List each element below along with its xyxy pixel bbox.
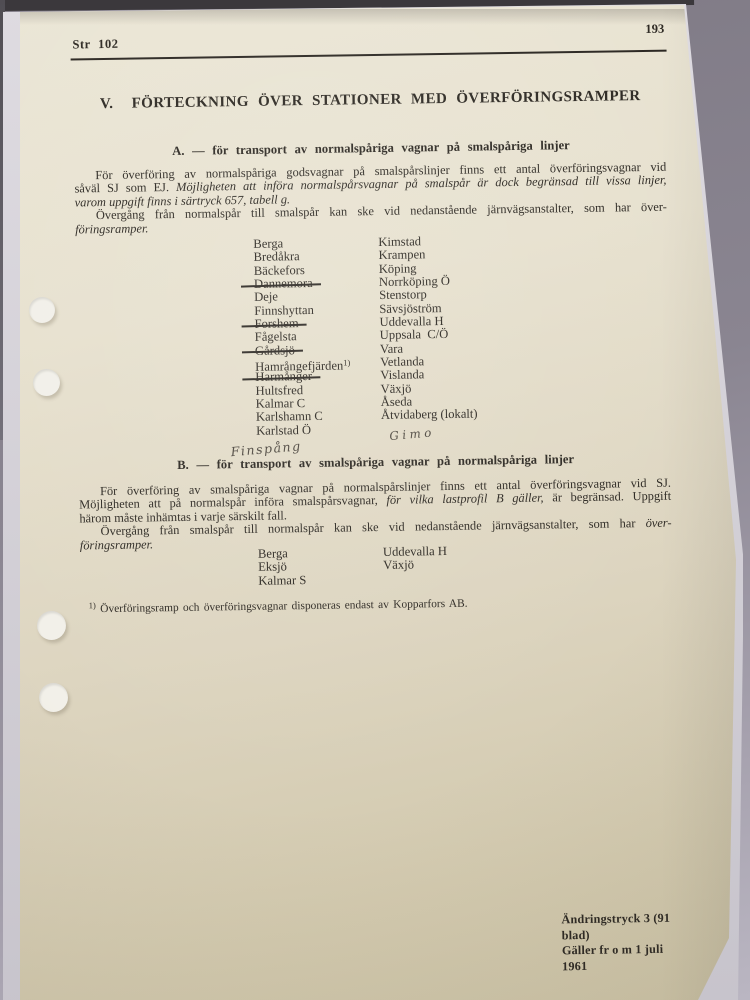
photo-background: Str 102 193 V. FÖRTECKNING ÖVER STATIONE… <box>0 0 750 1000</box>
imprint: Ändringstryck 3 (91 blad) Gäller fr o m … <box>561 911 680 975</box>
page-number: 193 <box>645 22 664 37</box>
section-b-paragraphs: För överföring av smalspåriga vagnar på … <box>79 477 672 553</box>
station-column-right: Kimstad Krampen Köping Norrköping Ö Sten… <box>378 233 606 436</box>
footnote-marker: 1) <box>89 600 96 610</box>
section-b-heading: B. — för transport av smalspåriga vagnar… <box>79 451 673 475</box>
station-item: Kalmar S <box>258 572 408 588</box>
page-title: V. FÖRTECKNING ÖVER STATIONER MED ÖVERFÖ… <box>73 88 667 114</box>
section-a-heading: A. — för transport av normalspåriga vagn… <box>74 137 668 161</box>
punch-hole <box>37 611 66 640</box>
section-a-paragraphs: För överföring av normalspåriga godsvagn… <box>74 161 667 237</box>
punch-hole <box>39 683 68 712</box>
doc-code: Str 102 <box>72 37 118 53</box>
document-page: Str 102 193 V. FÖRTECKNING ÖVER STATIONE… <box>0 0 750 1000</box>
station-column-right: Uddevalla H Växjö <box>383 543 608 573</box>
imprint-line-1: Ändringstryck 3 (91 blad) <box>561 911 679 944</box>
imprint-line-2: Gäller fr o m 1 juli 1961 <box>562 942 680 975</box>
punch-hole <box>33 369 60 396</box>
punch-hole <box>29 297 55 323</box>
header-rule <box>71 50 667 60</box>
footnote: 1) Överföringsramp och överföringsvagnar… <box>89 595 468 616</box>
page-content: Str 102 193 V. FÖRTECKNING ÖVER STATIONE… <box>72 0 681 1000</box>
footnote-text: Överföringsramp och överföringsvagnar di… <box>100 598 467 615</box>
